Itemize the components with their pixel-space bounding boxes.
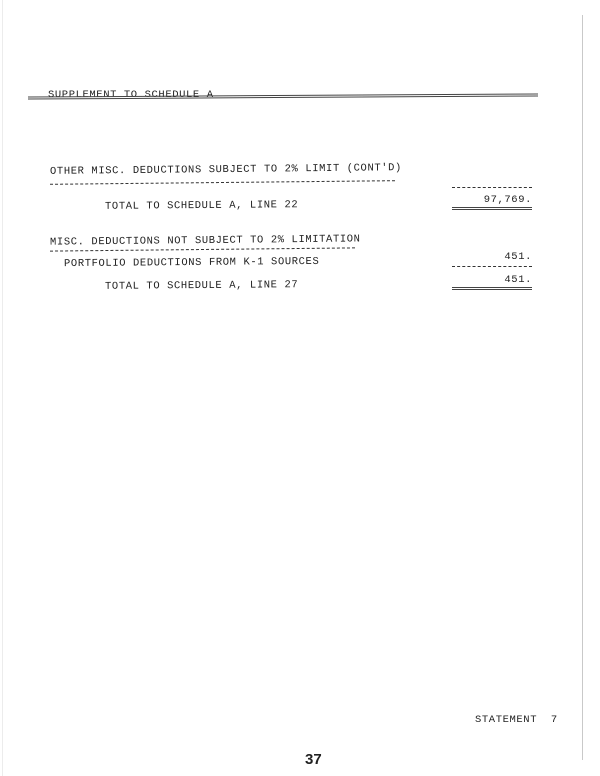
section-2-total-value: 451. <box>452 274 532 286</box>
page-number: 37 <box>305 751 322 768</box>
section-2-total-single-rule <box>452 266 532 267</box>
statement-label: STATEMENT 7 <box>475 714 558 726</box>
portfolio-deductions-value: 451. <box>452 251 532 263</box>
section-2-heading: MISC. DEDUCTIONS NOT SUBJECT TO 2% LIMIT… <box>50 233 361 248</box>
section-1-total-label: TOTAL TO SCHEDULE A, LINE 22 <box>105 199 298 213</box>
section-1-total-double-rule <box>452 207 532 210</box>
section-2-total-label: TOTAL TO SCHEDULE A, LINE 27 <box>105 279 298 293</box>
section-1-heading: OTHER MISC. DEDUCTIONS SUBJECT TO 2% LIM… <box>50 162 402 178</box>
scan-edge-left <box>2 0 3 776</box>
section-2-total-double-rule <box>452 287 532 290</box>
section-1-total-single-rule <box>452 187 532 188</box>
portfolio-deductions-label: PORTFOLIO DEDUCTIONS FROM K-1 SOURCES <box>64 256 319 270</box>
section-1-total-value: 97,769. <box>452 194 532 206</box>
scan-edge-right <box>582 15 583 760</box>
section-1-heading-underline <box>50 180 395 185</box>
